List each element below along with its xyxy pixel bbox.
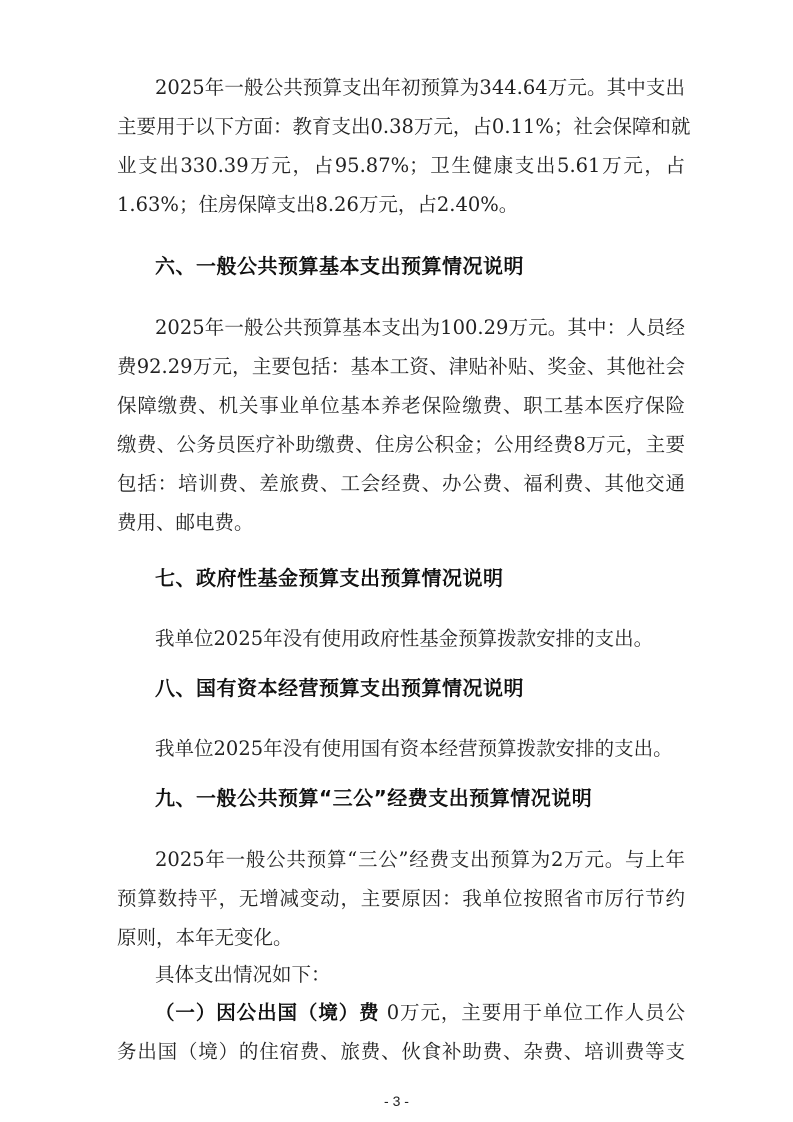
section-heading-7: 七、政府性基金预算支出预算情况说明 xyxy=(155,566,504,590)
paragraph-line: 2025年一般公共预算“三公”经费支出预算为2万元。与上年 xyxy=(155,848,685,872)
paragraph-line: 主要用于以下方面：教育支出0.38万元，占0.11%；社会保障和就 xyxy=(117,115,685,139)
paragraph-line: 包括：培训费、差旅费、工会经费、办公费、福利费、其他交通 xyxy=(117,472,685,496)
paragraph-line: 原则，本年无变化。 xyxy=(117,926,685,950)
item-label: （一）因公出国（境）费 xyxy=(155,1001,380,1024)
paragraph-line: 1.63%；住房保障支出8.26万元，占2.40%。 xyxy=(117,193,685,217)
item-line: （一）因公出国（境）费 0万元，主要用于单位工作人员公 xyxy=(155,1001,685,1025)
paragraph-line: 保障缴费、机关事业单位基本养老保险缴费、职工基本医疗保险 xyxy=(117,394,685,418)
paragraph-line: 费用、邮电费。 xyxy=(117,511,685,535)
paragraph-line: 我单位2025年没有使用国有资本经营预算拨款安排的支出。 xyxy=(155,737,685,761)
paragraph-line: 业支出330.39万元，占95.87%；卫生健康支出5.61万元，占 xyxy=(117,154,685,178)
section-heading-9: 九、一般公共预算“三公”经费支出预算情况说明 xyxy=(155,786,592,810)
paragraph-line: 我单位2025年没有使用政府性基金预算拨款安排的支出。 xyxy=(155,627,685,651)
paragraph-line: 2025年一般公共预算基本支出为100.29万元。其中：人员经 xyxy=(155,316,685,340)
section-heading-8: 八、国有资本经营预算支出预算情况说明 xyxy=(155,676,524,700)
paragraph-line: 预算数持平，无增减变动，主要原因：我单位按照省市厉行节约 xyxy=(117,887,685,911)
page-number: - 3 - xyxy=(0,1093,793,1109)
paragraph-line: 2025年一般公共预算支出年初预算为344.64万元。其中支出 xyxy=(155,76,685,100)
section-heading-6: 六、一般公共预算基本支出预算情况说明 xyxy=(155,254,524,278)
paragraph-line: 务出国（境）的住宿费、旅费、伙食补助费、杂费、培训费等支 xyxy=(117,1040,685,1064)
paragraph-line: 费92.29万元，主要包括：基本工资、津贴补贴、奖金、其他社会 xyxy=(117,355,685,379)
paragraph-line: 缴费、公务员医疗补助缴费、住房公积金；公用经费8万元，主要 xyxy=(117,433,685,457)
document-page: 2025年一般公共预算支出年初预算为344.64万元。其中支出 主要用于以下方面… xyxy=(0,0,793,1122)
item-text: 0万元，主要用于单位工作人员公 xyxy=(380,1001,685,1024)
paragraph-line: 具体支出情况如下： xyxy=(155,963,685,987)
